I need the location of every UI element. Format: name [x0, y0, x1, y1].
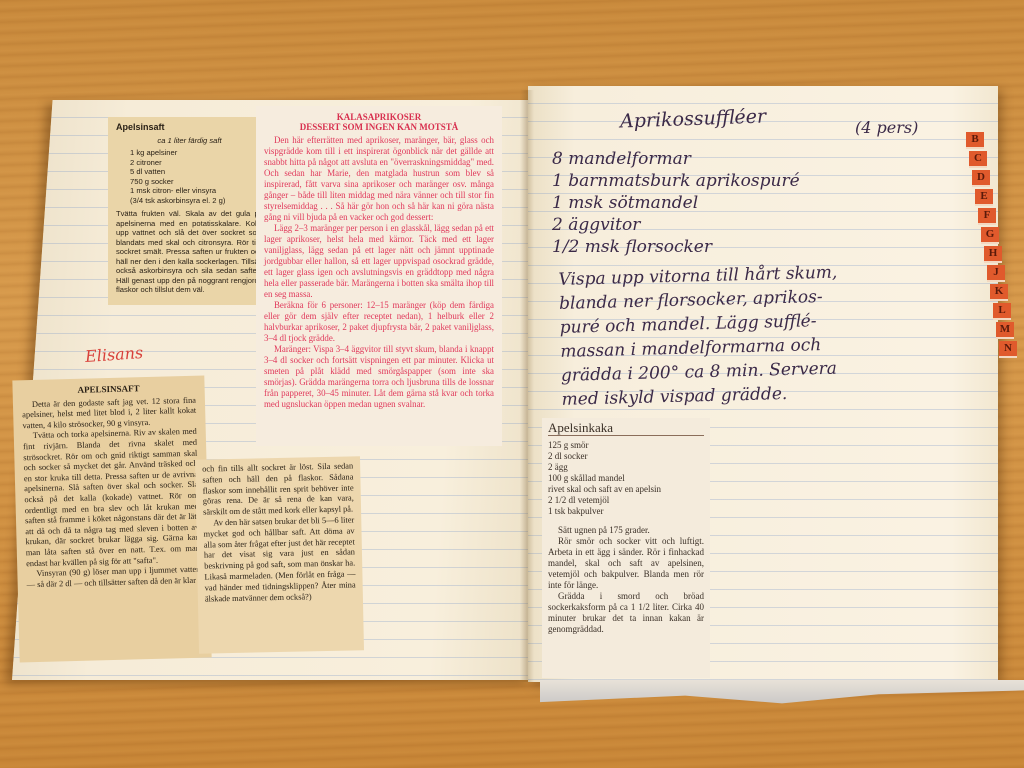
clipping-apelsinsaft-continued: och fin tills allt sockret är löst. Sila… — [195, 456, 364, 653]
clipping-title: Apelsinkaka — [548, 422, 704, 436]
clipping-kalasaprikoser: KALASAPRIKOSER DESSERT SOM INGEN KAN MOT… — [256, 106, 502, 446]
clipping-title: Apelsinsaft — [116, 123, 263, 133]
clipping-apelsinsaft-big: APELSINSAFT Detta är den godaste saft ja… — [12, 376, 211, 663]
clipping-subtitle: ca 1 liter färdig saft — [116, 136, 263, 146]
clipping-paragraph: Beräkna för 6 personer: 12–15 maränger (… — [264, 300, 494, 344]
ingredient: 1/2 msk florsocker — [552, 236, 800, 258]
ingredient: 2 1/2 dl vetemjöl — [548, 495, 704, 506]
ingredient: 1 kg apelsiner — [130, 148, 263, 158]
clipping-steps: Sätt ugnen på 175 grader. Rör smör och s… — [548, 525, 704, 635]
clipping-subtitle: DESSERT SOM INGEN KAN MOTSTÅ — [264, 122, 494, 132]
clipping-paragraph: och fin tills allt sockret är löst. Sila… — [202, 461, 354, 518]
ingredient: 1 barnmatsburk aprikospuré — [552, 170, 800, 192]
ingredient: 2 äggvitor — [552, 214, 800, 236]
clipping-paragraph: Detta är den godaste saft jag vet. 12 st… — [22, 395, 197, 431]
index-tab-c[interactable]: C — [969, 151, 987, 168]
recipe-notebook: Apelsinsaft ca 1 liter färdig saft 1 kg … — [0, 0, 1024, 768]
ingredient: 2 citroner — [130, 158, 263, 168]
clipping-apelsinsaft-small: Apelsinsaft ca 1 liter färdig saft 1 kg … — [108, 117, 271, 305]
index-tab-e[interactable]: E — [975, 189, 993, 206]
index-tab-b[interactable]: B — [966, 132, 984, 149]
clipping-title: KALASAPRIKOSER — [264, 112, 494, 122]
index-tab-k[interactable]: K — [990, 284, 1008, 301]
clipping-paragraph: Rör smör och socker vitt och luftigt. Ar… — [548, 536, 704, 591]
clipping-paragraph: Maränger: Vispa 3–4 äggvitor till styvt … — [264, 344, 494, 410]
ingredient: (3/4 tsk askorbinsyra el. 2 g) — [130, 196, 263, 206]
index-tab-l[interactable]: L — [993, 303, 1011, 320]
ingredient: 750 g socker — [130, 177, 263, 187]
ingredient: 8 mandelformar — [552, 148, 800, 170]
handwritten-servings: (4 pers) — [855, 118, 918, 137]
handwritten-label: Elisans — [84, 343, 143, 366]
clipping-paragraph: Lägg 2–3 maränger per person i en glassk… — [264, 223, 494, 300]
ingredient: 2 ägg — [548, 462, 704, 473]
clipping-title: APELSINSAFT — [21, 382, 195, 397]
clipping-paragraph: Sätt ugnen på 175 grader. — [548, 525, 704, 536]
clipping-paragraph: Av den här satsen brukar det bli 5—6 lit… — [203, 515, 356, 605]
ingredient: 1 tsk bakpulver — [548, 506, 704, 517]
clipping-paragraph: Tvätta och torka apelsinerna. Riv av ska… — [23, 427, 201, 569]
clipping-paragraph: Den här efterrätten med aprikoser, marän… — [264, 135, 494, 223]
index-tab-g[interactable]: G — [981, 227, 999, 244]
ingredient: 1 msk sötmandel — [552, 192, 800, 214]
ingredient: 2 dl socker — [548, 451, 704, 462]
index-tab-n[interactable]: N — [999, 341, 1017, 358]
index-tab-f[interactable]: F — [978, 208, 996, 225]
clipping-paragraph: Grädda i smord och bröad sockerkaksform … — [548, 591, 704, 635]
torn-page-edges — [540, 680, 1024, 706]
ingredient: 1 msk citron- eller vinsyra — [130, 186, 263, 196]
ingredient: 125 g smör — [548, 440, 704, 451]
clipping-method: Tvätta frukten väl. Skala av det gula på… — [116, 209, 263, 295]
alphabet-index-tabs: B C D E F G H J K L M N — [966, 132, 1016, 382]
index-tab-h[interactable]: H — [984, 246, 1002, 263]
ingredient: rivet skal och saft av en apelsin — [548, 484, 704, 495]
clipping-paragraph: Vinsyran (90 g) löser man upp i ljummet … — [26, 565, 200, 591]
index-tab-m[interactable]: M — [996, 322, 1014, 339]
handwritten-ingredients: 8 mandelformar 1 barnmatsburk aprikospur… — [552, 148, 800, 258]
handwritten-method: Vispa upp vitorna till hårt skum, blanda… — [558, 256, 1012, 412]
ingredient: 5 dl vatten — [130, 167, 263, 177]
notebook-spine — [520, 90, 534, 682]
clipping-apelsinkaka: Apelsinkaka 125 g smör 2 dl socker 2 ägg… — [542, 418, 710, 678]
index-tab-d[interactable]: D — [972, 170, 990, 187]
ingredient: 100 g skållad mandel — [548, 473, 704, 484]
index-tab-j[interactable]: J — [987, 265, 1005, 282]
